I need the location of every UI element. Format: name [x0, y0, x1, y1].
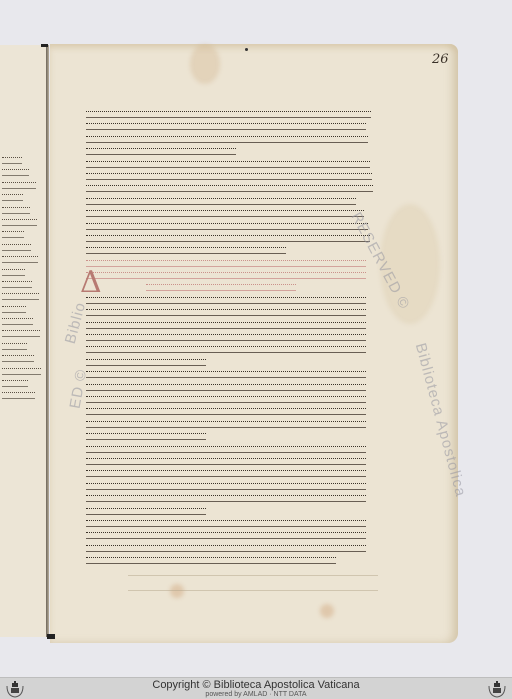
manuscript-line — [86, 243, 376, 255]
manuscript-line — [86, 318, 376, 330]
image-viewer[interactable]: 26 Δ RESERVED © Biblioteca Apostolica Bi… — [0, 0, 512, 677]
manuscript-line — [86, 491, 376, 503]
page-gutter — [46, 45, 49, 637]
manuscript-line — [86, 268, 376, 280]
manuscript-line — [86, 342, 376, 354]
manuscript-line — [86, 305, 376, 317]
manuscript-line — [86, 219, 376, 231]
manuscript-line — [86, 466, 376, 478]
manuscript-line — [86, 442, 376, 454]
manuscript-line — [86, 454, 376, 466]
manuscript-line — [86, 528, 376, 540]
manuscript-line — [86, 355, 376, 367]
manuscript-line — [86, 392, 376, 404]
manuscript-text — [86, 107, 376, 565]
copyright-text: Copyright © Biblioteca Apostolica Vatica… — [0, 679, 512, 691]
ruling-line — [128, 575, 378, 576]
manuscript-line — [86, 367, 376, 379]
manuscript-line — [86, 553, 376, 565]
gutter-mark — [41, 44, 48, 47]
manuscript-line — [86, 504, 376, 516]
manuscript-line — [86, 107, 376, 119]
gutter-mark — [47, 634, 55, 639]
manuscript-line — [86, 256, 376, 268]
manuscript-line — [86, 194, 376, 206]
manuscript-line — [86, 280, 376, 292]
ink-dot — [245, 48, 248, 51]
manuscript-line — [86, 119, 376, 131]
manuscript-line — [86, 181, 376, 193]
footer: Copyright © Biblioteca Apostolica Vatica… — [0, 677, 512, 699]
manuscript-line — [86, 330, 376, 342]
manuscript-line — [86, 429, 376, 441]
folio-number: 26 — [432, 52, 449, 67]
manuscript-line — [86, 206, 376, 218]
manuscript-line — [86, 404, 376, 416]
manuscript-line — [86, 479, 376, 491]
vatican-library-emblem-icon — [486, 680, 508, 698]
manuscript-line — [86, 231, 376, 243]
ruling-line — [128, 590, 378, 591]
manuscript-line — [86, 132, 376, 144]
manuscript-line — [86, 144, 376, 156]
manuscript-line — [86, 380, 376, 392]
manuscript-line — [86, 417, 376, 429]
decorated-initial: Δ — [80, 268, 102, 298]
manuscript-line — [86, 169, 376, 181]
manuscript-line — [86, 541, 376, 553]
manuscript-line — [86, 157, 376, 169]
manuscript-line — [86, 516, 376, 528]
left-page-fragment — [0, 45, 49, 637]
left-page-text — [2, 153, 44, 401]
powered-by-text: powered by AMLAD · NTT DATA — [0, 691, 512, 698]
manuscript-line — [86, 293, 376, 305]
